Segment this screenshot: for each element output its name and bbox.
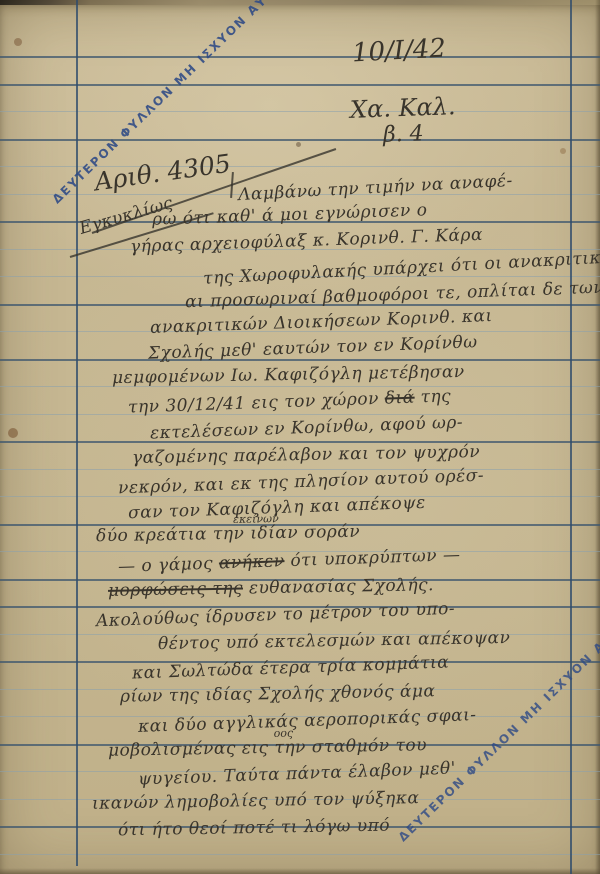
handwriting-line: νεκρόν, και εκ της πλησίον αυτού ορέσ-	[118, 466, 485, 499]
handwriting-line: ψυγείου. Ταύτα πάντα έλαβον μεθ'	[138, 758, 456, 789]
handwriting-line: θέντος υπό εκτελεσμών και απέκοψαν	[158, 628, 511, 654]
handwriting-line: και δύο αγγλικάς αεροπορικάς σφαι-	[138, 705, 477, 737]
ruled-line	[0, 854, 600, 855]
handwriting-line: ικανών λημοβολίες υπό τον ψύξηκα	[92, 788, 420, 814]
ruled-line	[0, 469, 600, 470]
right-margin-line	[570, 0, 572, 874]
handwriting-line: δύο κρεάτια την ιδίαν σοράνεκείνων	[96, 522, 360, 547]
handwriting-line: γήρας αρχειοφύλαξ κ. Κορινθ. Γ. Κάρα	[130, 225, 483, 257]
protocol-number: Αριθ. 4305	[93, 149, 233, 197]
paper-stain	[8, 428, 18, 438]
ruled-line	[0, 111, 600, 112]
ruled-line	[0, 414, 600, 415]
torn-top-edge	[0, 0, 600, 5]
letter-page: ΔΕΥΤΕΡΟΝ ΦΥΛΛΟΝ ΜΗ ΙΣΧΥΟΝ ΑΥΤΟΤΕΛΩΣ ΔΕΥΤ…	[0, 0, 600, 874]
recipient-note: Χα. Καλ.	[350, 92, 456, 124]
paper-stain	[296, 142, 301, 147]
interlinear-insertion: εκείνων	[233, 512, 279, 526]
handwriting-line: και Σωλτώδα έτερα τρία κομμάτια	[132, 652, 450, 683]
handwriting-line: — ο γάμος ανήκεν ότι υποκρύπτων —	[118, 545, 461, 577]
ruled-line	[0, 139, 600, 141]
ruled-line	[0, 84, 600, 86]
interlinear-insertion: οος	[274, 727, 294, 740]
handwriting-line: Λαμβάνω την τιμήν να αναφέ-	[238, 171, 514, 205]
handwriting-line: ρω ότι καθ' ά μοι εγνώρισεν ο	[152, 200, 428, 230]
handwriting-line: γαζομένης παρέλαβον και τον ψυχρόν	[132, 442, 480, 468]
handwriting-line: μοβολισμένας εις την σταθμόν τουοος	[108, 735, 427, 761]
paper-stain	[560, 148, 566, 154]
handwriting-line: ρίων της ιδίας Σχολής χθονός άμα	[120, 681, 436, 707]
ruled-line	[0, 441, 600, 443]
ruled-line	[0, 56, 600, 58]
section-note: β. 4	[383, 121, 425, 147]
bottom-paper-edge	[0, 868, 600, 874]
date: 10/Ι/42	[351, 34, 446, 69]
paper-stain	[14, 38, 22, 46]
left-margin-line	[76, 0, 78, 866]
handwriting-line: Ακολούθως ίδρυσεν το μέτρον του υπο-	[96, 599, 456, 632]
ruled-line	[0, 359, 600, 361]
handwriting-line: μορφώσεις της ευθανασίας Σχολής.	[108, 575, 434, 601]
handwriting-line: ότι ήτο θεοί ποτέ τι λόγω υπό	[118, 816, 390, 841]
handwriting-line: εκτελέσεων εν Κορίνθω, αφού ωρ-	[150, 413, 464, 444]
handwriting-line: μεμφομένων Ιω. Καφιζόγλη μετέβησαν	[112, 362, 465, 388]
ruled-line	[0, 386, 600, 387]
